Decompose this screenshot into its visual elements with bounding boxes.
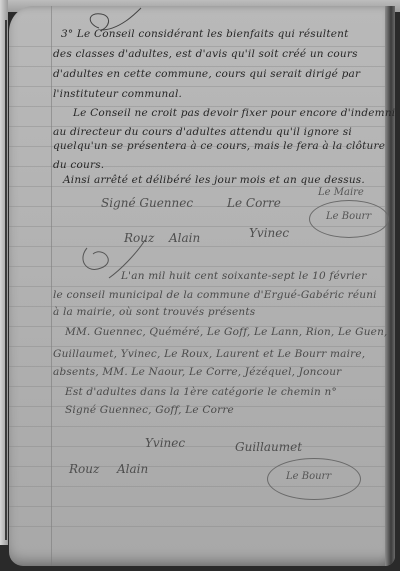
signature-alain: Alain bbox=[169, 231, 200, 245]
signature-alain: Alain bbox=[117, 462, 148, 476]
text-line: d'adultes en cette commune, cours qui se… bbox=[53, 68, 360, 80]
text-line: Signé Guennec, Goff, Le Corre bbox=[65, 404, 234, 416]
text-line: le conseil municipal de la commune d'Erg… bbox=[53, 289, 377, 301]
text-line: 3° Le Conseil considérant les bienfaits … bbox=[61, 28, 349, 40]
text-line: au directeur du cours d'adultes attendu … bbox=[53, 126, 352, 138]
mayor-stamp: Le Maire Le Bourr bbox=[309, 200, 389, 238]
ruled-line bbox=[9, 506, 385, 507]
text-line: du cours. bbox=[53, 159, 104, 171]
text-line: Est d'adultes dans la 1ère catégorie le … bbox=[65, 386, 337, 398]
text-line: à la mairie, où sont trouvés présents bbox=[53, 306, 255, 318]
ruled-line bbox=[9, 46, 385, 47]
ruled-line bbox=[9, 346, 385, 347]
ruled-line bbox=[9, 246, 385, 247]
ruled-line bbox=[9, 446, 385, 447]
register-page: 3° Le Conseil considérant les bienfaits … bbox=[9, 6, 395, 566]
text-line: L'an mil huit cent soixante-sept le 10 f… bbox=[121, 270, 366, 282]
text-line: Ainsi arrêté et délibéré les jour mois e… bbox=[63, 174, 365, 186]
binding-edge bbox=[5, 20, 7, 540]
signature-le-corre: Le Corre bbox=[227, 196, 281, 210]
ruled-line bbox=[9, 286, 385, 287]
stamp-signature: Le Bourr bbox=[326, 211, 371, 222]
signature-guillaumet: Guillaumet bbox=[235, 440, 302, 454]
text-line: des classes d'adultes, est d'avis qu'il … bbox=[53, 48, 358, 60]
signature-guennec: Signé Guennec bbox=[101, 196, 193, 210]
signature-yvinec: Yvinec bbox=[145, 436, 185, 450]
signature-yvinec: Yvinec bbox=[249, 226, 289, 240]
photo-frame: 3° Le Conseil considérant les bienfaits … bbox=[0, 0, 400, 571]
text-line: MM. Guennec, Quéméré, Le Goff, Le Lann, … bbox=[65, 326, 388, 338]
ruled-line bbox=[9, 426, 385, 427]
stamp-label: Le Maire bbox=[318, 187, 364, 198]
mayor-stamp: Le Bourr bbox=[267, 458, 361, 500]
ruled-line bbox=[9, 266, 385, 267]
stamp-signature: Le Bourr bbox=[286, 471, 331, 482]
page-right-edge bbox=[385, 6, 395, 566]
ruled-line bbox=[9, 66, 385, 67]
ruled-line bbox=[9, 526, 385, 527]
text-line: absents, MM. Le Naour, Le Corre, Jézéque… bbox=[53, 366, 341, 378]
text-line: Le Conseil ne croit pas devoir fixer pou… bbox=[73, 107, 395, 119]
text-line: l'instituteur communal. bbox=[53, 88, 182, 100]
ruled-line bbox=[9, 86, 385, 87]
signature-rouz: Rouz bbox=[69, 462, 99, 476]
text-line: quelqu'un se présentera à ce cours, mais… bbox=[53, 140, 385, 152]
text-line: Guillaumet, Yvinec, Le Roux, Laurent et … bbox=[53, 348, 365, 360]
